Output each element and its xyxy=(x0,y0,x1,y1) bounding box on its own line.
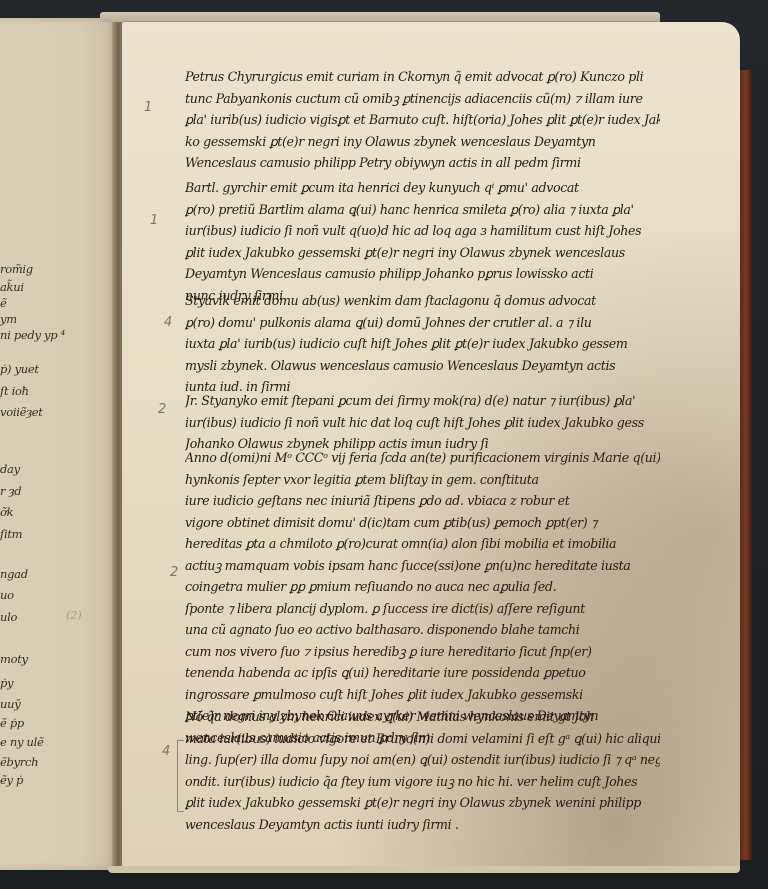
manuscript-line: hereditas ꝑta a chmiloto ꝑ(ro)curat omn(… xyxy=(185,533,660,555)
manuscript-line: actiuꝫ mamquam vobis ipsam hanc ſucce(ss… xyxy=(185,555,660,577)
margin-numeral: 4 xyxy=(162,744,170,759)
left-page-fragment: uo xyxy=(0,588,14,602)
margin-numeral: 2 xyxy=(158,402,166,417)
manuscript-line: Petrus Chyrurgicus emit curiam in Ckorny… xyxy=(185,66,660,88)
left-page-fragment: ṗy xyxy=(0,676,13,690)
manuscript-line: Wenceslaus camusio philipp Petry obiywyn… xyxy=(185,152,660,174)
manuscript-entry: Jr. Styanyko emit ſtepani ꝑcum dei ſirmy… xyxy=(185,390,660,455)
manuscript-line: iur(ibus) iudicio ſi noñ vult hic dat lo… xyxy=(185,412,660,434)
manuscript-line: ko gessemski ꝑt(e)r negri iny Olawus zby… xyxy=(185,131,660,153)
margin-bracket xyxy=(177,740,184,812)
manuscript-line: ling. ſup(er) illa domu ſupy noi am(en) … xyxy=(185,749,660,771)
manuscript-line: tunc Pabyankonis cuctum cũ omibꝫ ꝑtinenc… xyxy=(185,88,660,110)
left-page-fragment: ẽy ṗ xyxy=(0,773,23,787)
manuscript-line: iur(ibus) iudicio ſi noñ vult q(uo)d hic… xyxy=(185,220,660,242)
page-top-edge xyxy=(100,12,660,22)
manuscript-entry: Styavik emit domu ab(us) wenkim dam ſtac… xyxy=(185,290,660,398)
margin-numeral: 1 xyxy=(150,213,158,228)
left-page-fragment: ẽ ṗp xyxy=(0,716,24,730)
ghost-mark: (2) xyxy=(66,608,81,622)
left-page-fragment: ym xyxy=(0,312,17,326)
left-page-fragment: ỡk xyxy=(0,505,13,519)
manuscript-line: ꝑ(ro) pretiũ Bartlim alama ꝗ(ui) hanc he… xyxy=(185,199,660,221)
manuscript-line: iuxta ꝑla' iurib(us) iudicio cuſt hiſt J… xyxy=(185,333,660,355)
manuscript-line: Deyamtyn Wenceslaus camusio philipp Joha… xyxy=(185,263,660,285)
manuscript-entry: Petrus Chyrurgicus emit curiam in Ckorny… xyxy=(185,66,660,174)
manuscript-line: mata iur(ibus) iudicio vigore et Bruno(n… xyxy=(185,728,660,750)
manuscript-line: Anno d(omi)ni Mᵒ CCCᵒ vij feria ſcda an(… xyxy=(185,447,660,469)
left-page-fragment: r ȝd xyxy=(0,484,21,498)
manuscript-line: ꝑlit iudex Jakubko gessemski ꝑt(e)r negr… xyxy=(185,792,660,814)
left-page-fragment: ẽbyrch xyxy=(0,755,38,769)
manuscript-line: vigore obtinet dimisit domu' d(ic)tam cu… xyxy=(185,512,660,534)
left-page-fragment: ulo xyxy=(0,610,17,624)
left-page-fragment: ſitm xyxy=(0,527,22,541)
manuscript-line: mysli zbynek. Olawus wenceslaus camusio … xyxy=(185,355,660,377)
manuscript-line: coingetra mulier ꝑꝑ ꝑmium reſiuando no a… xyxy=(185,576,660,598)
left-page-fragment: ak̃ui xyxy=(0,280,24,294)
leather-spine xyxy=(740,70,752,860)
margin-numeral: 4 xyxy=(164,315,172,330)
left-page-fragment: e ny ulẽ xyxy=(0,735,44,749)
manuscript-entry: Anno d(omi)ni Mᵒ CCCᵒ vij feria ſcda an(… xyxy=(185,447,660,748)
left-page-fragment: uuȳ xyxy=(0,697,20,711)
manuscript-line: Jr. Styanyko emit ſtepani ꝑcum dei ſirmy… xyxy=(185,390,660,412)
manuscript-line: Nō q̃a domus alym henrici iudex ꝗ(ui) Ma… xyxy=(185,706,660,728)
left-page-fragment: day xyxy=(0,462,20,476)
manuscript-line: cum nos vivero ſuo ⁊ ipsius heredibꝫ ꝑ i… xyxy=(185,641,660,663)
manuscript-line: ondit. iur(ibus) iudicio q̃a ſtey ium vi… xyxy=(185,771,660,793)
left-page-fragment: ngad xyxy=(0,567,28,581)
manuscript-line: ꝑlit iudex Jakubko gessemski ꝑt(e)r negr… xyxy=(185,242,660,264)
manuscript-line: tenenda habenda ac ipſis ꝗ(ui) hereditar… xyxy=(185,662,660,684)
manuscript-line: wenceslaus Deyamtyn actis iunti iudry ſi… xyxy=(185,814,660,836)
margin-numeral: 1 xyxy=(144,100,152,115)
manuscript-line: ꝑla' iurib(us) iudicio vigisꝑt et Barnut… xyxy=(185,109,660,131)
left-page-fragment: ſt ioħ xyxy=(0,384,29,398)
manuscript-line: una cũ agnato ſuo eo activo balthasaro. … xyxy=(185,619,660,641)
manuscript-line: ꝑ(ro) domu' pulkonis alama ꝗ(ui) domũ Jo… xyxy=(185,312,660,334)
left-page-fragment: voiiẽȝet xyxy=(0,405,43,419)
manuscript-line: Styavik emit domu ab(us) wenkim dam ſtac… xyxy=(185,290,660,312)
manuscript-line: ſponte ⁊ libera plancij dyplom. ꝑ ſucces… xyxy=(185,598,660,620)
left-page-fragment: rom̃ig xyxy=(0,262,33,276)
page-bottom-edge xyxy=(108,866,740,873)
left-page-fragment: ni pedy yp ⁴ xyxy=(0,328,65,342)
left-page-fragment: moty xyxy=(0,652,28,666)
manuscript-line: Bartl. gyrchir emit ꝑcum ita henrici dey… xyxy=(185,177,660,199)
manuscript-line: hynkonis ſepter vxor legitia ꝑtem bliſta… xyxy=(185,469,660,491)
manuscript-entry: Bartl. gyrchir emit ꝑcum ita henrici dey… xyxy=(185,177,660,306)
left-page-verso: rom̃igak̃uiẽymni pedy yp ⁴ṗ) yuetſt ioħv… xyxy=(0,18,118,870)
margin-numeral: 2 xyxy=(170,565,178,580)
manuscript-entry: Nō q̃a domus alym henrici iudex ꝗ(ui) Ma… xyxy=(185,706,660,835)
left-page-fragment: ẽ xyxy=(0,296,7,310)
left-page-fragment: ṗ) yuet xyxy=(0,362,39,376)
manuscript-line: ingrossare ꝑmulmoso cuſt hiſt Johes ꝑlit… xyxy=(185,684,660,706)
manuscript-line: iure iudicio geſtans nec iniuriã ſtipens… xyxy=(185,490,660,512)
